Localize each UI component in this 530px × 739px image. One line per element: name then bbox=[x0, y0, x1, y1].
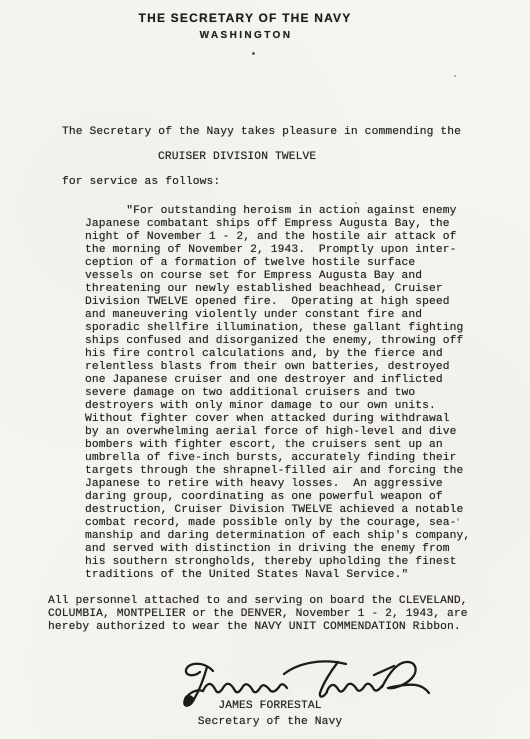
scan-speck bbox=[355, 202, 357, 204]
scan-speck bbox=[457, 518, 459, 521]
scan-speck bbox=[252, 52, 255, 55]
authorization-paragraph: All personnel attached to and serving on… bbox=[48, 595, 468, 634]
document-page: THE SECRETARY OF THE NAVY WASHINGTON The… bbox=[0, 0, 530, 739]
intro-opening-line: The Secretary of the Nayy takes pleasure… bbox=[62, 126, 461, 139]
commended-unit-name: CRUISER DIVISION TWELVE bbox=[158, 151, 316, 164]
citation-paragraph: "For outstanding heroism in action again… bbox=[85, 205, 470, 582]
signature-typed-title: Secretary of the Navy bbox=[30, 716, 510, 729]
scan-speck bbox=[134, 394, 136, 397]
letterhead-title: THE SECRETARY OF THE NAVY bbox=[0, 11, 490, 25]
signature-typed-name: JAMES FORRESTAL bbox=[30, 700, 510, 713]
letterhead-location: WASHINGTON bbox=[0, 30, 492, 41]
scan-speck bbox=[454, 75, 456, 77]
intro-service-line: for service as follows: bbox=[62, 176, 220, 189]
